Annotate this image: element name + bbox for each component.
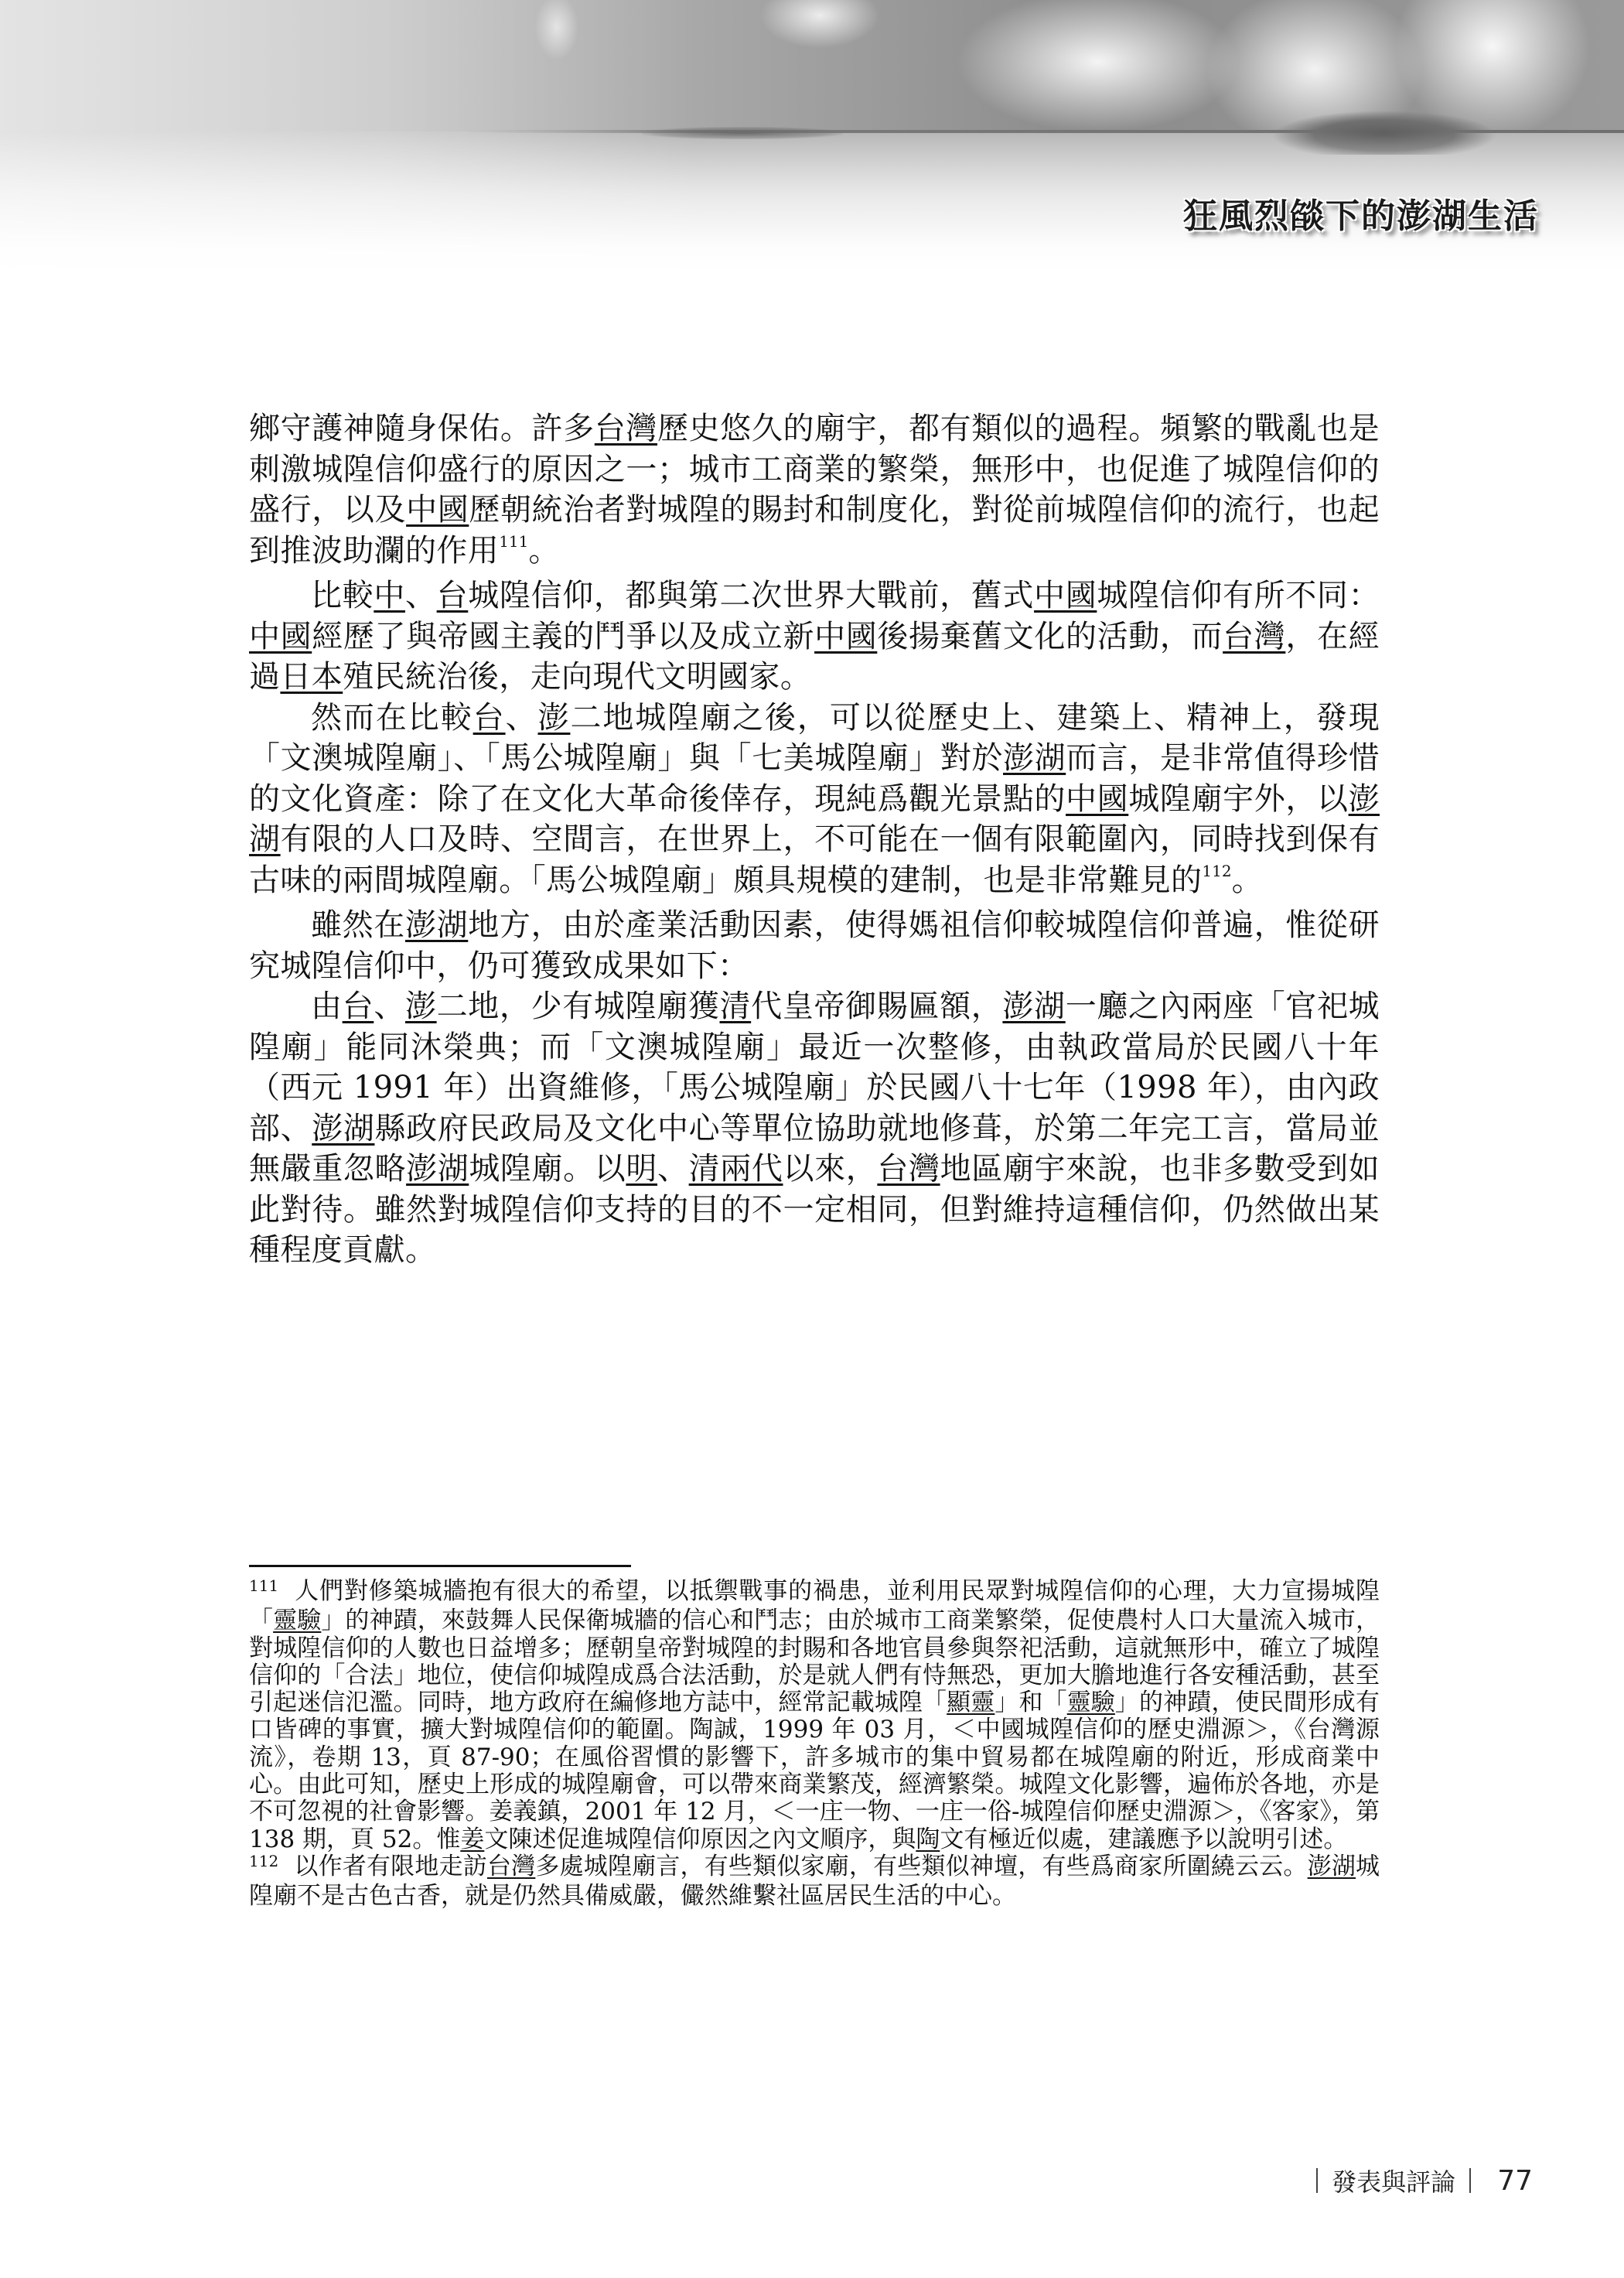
text-run: 。 [528, 533, 559, 569]
proper-noun-underlined: 中國 [1034, 578, 1097, 613]
text-run: 比較 [311, 578, 374, 613]
paragraph: 由台、澎二地，少有城隍廟獲清代皇帝御賜匾額，澎湖一廳之內兩座「官祀城隍廟」能同沐… [249, 986, 1380, 1271]
proper-noun-underlined: 澎 [538, 700, 571, 736]
page-footer: 發表與評論 77 [1316, 2163, 1533, 2198]
proper-noun-underlined: 台灣 [1223, 619, 1285, 654]
proper-noun-underlined: 中 [374, 578, 405, 613]
proper-noun-underlined: 日本 [280, 659, 343, 695]
proper-noun-underlined: 台 [437, 578, 469, 613]
proper-noun-underlined: 澎 [405, 989, 437, 1024]
proper-noun-underlined: 中國 [249, 619, 312, 654]
footnote: 111人們對修築城牆抱有很大的希望，以抵禦戰事的禍患，並利用民眾對城隍信仰的心理… [249, 1578, 1380, 1853]
text-run: 經歷了與帝國主義的鬥爭以及成立新 [312, 619, 814, 654]
proper-noun-underlined: 台 [343, 989, 374, 1024]
footnote-separator [249, 1565, 631, 1567]
text-run: 然而在比較 [311, 700, 473, 736]
series-title: 狂風烈燄下的澎湖生活 [1183, 188, 1539, 237]
proper-noun-underlined: 清兩代 [689, 1151, 783, 1187]
proper-noun-underlined: 顯靈 [947, 1689, 995, 1716]
page-number: 77 [1497, 2165, 1533, 2197]
text-run: 鄉守護神隨身保佑。許多 [249, 411, 595, 446]
proper-noun-underlined: 澎湖 [1003, 740, 1066, 776]
text-run: 」和「 [995, 1689, 1066, 1716]
header-banner: 狂風烈燄下的澎湖生活 [0, 0, 1624, 278]
text-run: 文陳述促進城隍信仰原因之內文順序，與 [484, 1825, 916, 1853]
text-run: 以來， [783, 1151, 878, 1187]
text-run: 城隍廟宇外，以 [1128, 781, 1348, 817]
proper-noun-underlined: 清 [720, 989, 752, 1024]
footnotes: 111人們對修築城牆抱有很大的希望，以抵禦戰事的禍患，並利用民眾對城隍信仰的心理… [249, 1578, 1380, 1911]
proper-noun-underlined: 澎湖 [312, 1111, 374, 1146]
proper-noun-underlined: 澎湖 [405, 907, 468, 943]
footnote-reference[interactable]: 111 [499, 532, 528, 551]
proper-noun-underlined: 澎湖 [406, 1151, 469, 1187]
paragraph: 然而在比較台、澎二地城隍廟之後，可以從歷史上、建築上、精神上，發現「文澳城隍廟」… [249, 698, 1380, 906]
text-run: 以作者有限地走訪 [294, 1853, 487, 1880]
paragraph: 雖然在澎湖地方，由於產業活動因素，使得媽祖信仰較城隍信仰普遍，惟從研究城隍信仰中… [249, 905, 1380, 986]
footnote-reference[interactable]: 112 [1202, 862, 1231, 880]
text-run: 多處城隍廟言，有些類似家廟，有些類似神壇，有些爲商家所圍繞云云。 [535, 1853, 1307, 1880]
text-run: 雖然在 [311, 907, 405, 943]
proper-noun-underlined: 台灣 [595, 411, 657, 446]
proper-noun-underlined: 明 [626, 1151, 657, 1187]
text-run: 、 [506, 700, 538, 736]
text-run: 城隍信仰有所不同： [1097, 578, 1380, 613]
proper-noun-underlined: 靈驗 [1067, 1689, 1115, 1716]
footer-divider [1316, 2168, 1318, 2193]
proper-noun-underlined: 姜 [460, 1825, 484, 1853]
proper-noun-underlined: 中國 [1066, 781, 1128, 817]
body-text: 鄉守護神隨身保佑。許多台灣歷史悠久的廟宇，都有類似的過程。頻繁的戰亂也是刺激城隍… [249, 408, 1380, 1271]
proper-noun-underlined: 澎湖 [1002, 989, 1065, 1024]
paragraph: 鄉守護神隨身保佑。許多台灣歷史悠久的廟宇，都有類似的過程。頻繁的戰亂也是刺激城隍… [249, 408, 1380, 575]
text-run: 有限的人口及時、空間言，在世界上，不可能在一個有限範圍內，同時找到保有古味的兩間… [249, 821, 1380, 898]
proper-noun-underlined: 中國 [406, 492, 469, 528]
proper-noun-underlined: 台灣 [877, 1151, 940, 1187]
text-run: 、 [405, 578, 437, 613]
text-run: 文有極近似處，建議應予以說明引述。 [940, 1825, 1347, 1853]
text-run: 代皇帝御賜匾額， [751, 989, 1002, 1024]
footnote-number: 111 [249, 1576, 278, 1595]
footer-section-label: 發表與評論 [1332, 2163, 1455, 2198]
footer-divider [1469, 2168, 1471, 2193]
footnote: 112以作者有限地走訪台灣多處城隍廟言，有些類似家廟，有些類似神壇，有些爲商家所… [249, 1853, 1380, 1911]
proper-noun-underlined: 中國 [814, 619, 877, 654]
text-run: 。 [1232, 862, 1263, 898]
text-run: 城隍廟。以 [469, 1151, 626, 1187]
paragraph: 比較中、台城隍信仰，都與第二次世界大戰前，舊式中國城隍信仰有所不同：中國經歷了與… [249, 575, 1380, 698]
proper-noun-underlined: 靈驗 [273, 1607, 321, 1634]
text-run: 、 [374, 989, 405, 1024]
text-run: 後揚棄舊文化的活動，而 [877, 619, 1223, 654]
text-run: 城隍信仰，都與第二次世界大戰前，舊式 [468, 578, 1034, 613]
proper-noun-underlined: 台 [473, 700, 506, 736]
proper-noun-underlined: 陶 [916, 1825, 940, 1853]
text-run: 殖民統治後，走向現代文明國家。 [343, 659, 811, 695]
proper-noun-underlined: 台灣 [487, 1853, 535, 1880]
text-run: 二地，少有城隍廟獲 [437, 989, 720, 1024]
proper-noun-underlined: 澎湖 [1308, 1853, 1356, 1880]
text-run: 由 [311, 989, 343, 1024]
footnote-number: 112 [249, 1852, 278, 1870]
text-run: 、 [657, 1151, 689, 1187]
